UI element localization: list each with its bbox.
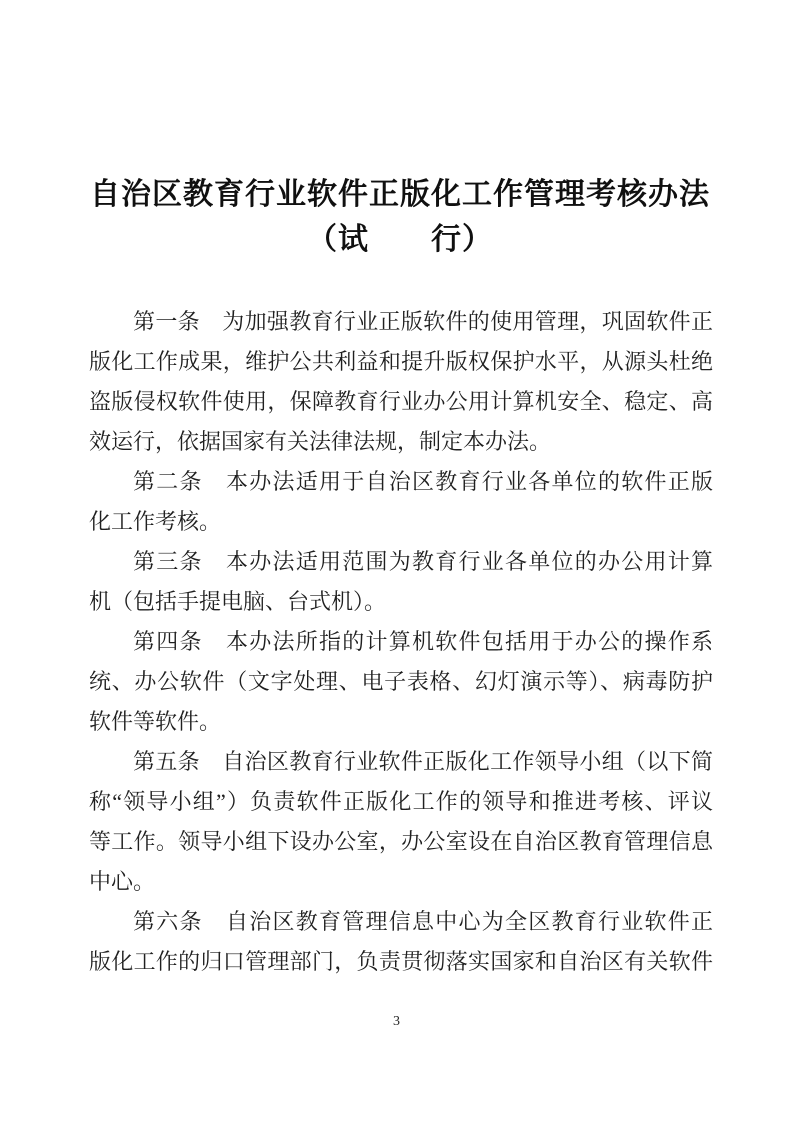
document-page: 自治区教育行业软件正版化工作管理考核办法 （试 行） 第一条 为加强教育行业正版… xyxy=(0,0,793,1122)
document-body: 第一条 为加强教育行业正版软件的使用管理，巩固软件正 版化工作成果，维护公共利益… xyxy=(89,302,713,982)
text-line: 第三条 本办法适用范围为教育行业各单位的办公用计算 xyxy=(89,542,713,582)
text-line: 版化工作成果，维护公共利益和提升版权保护水平，从源头杜绝 xyxy=(89,342,713,382)
document-title-line-1: 自治区教育行业软件正版化工作管理考核办法 xyxy=(85,172,715,217)
text-line: 化工作考核。 xyxy=(89,502,713,542)
document-title: 自治区教育行业软件正版化工作管理考核办法 （试 行） xyxy=(85,172,715,262)
text-line: 机（包括手提电脑、台式机）。 xyxy=(89,582,713,622)
text-line: 中心。 xyxy=(89,862,713,902)
text-line: 第一条 为加强教育行业正版软件的使用管理，巩固软件正 xyxy=(89,302,713,342)
text-line: 版化工作的归口管理部门，负责贯彻落实国家和自治区有关软件 xyxy=(89,942,713,982)
article-5-paragraph: 第五条 自治区教育行业软件正版化工作领导小组（以下简 称“领导小组”）负责软件正… xyxy=(89,742,713,902)
text-line: 统、办公软件（文字处理、电子表格、幻灯演示等）、病毒防护 xyxy=(89,662,713,702)
text-line: 第四条 本办法所指的计算机软件包括用于办公的操作系 xyxy=(89,622,713,662)
document-title-line-2: （试 行） xyxy=(85,217,715,262)
text-line: 效运行，依据国家有关法律法规，制定本办法。 xyxy=(89,422,713,462)
text-line: 等工作。领导小组下设办公室，办公室设在自治区教育管理信息 xyxy=(89,822,713,862)
article-2-paragraph: 第二条 本办法适用于自治区教育行业各单位的软件正版 化工作考核。 xyxy=(89,462,713,542)
article-3-paragraph: 第三条 本办法适用范围为教育行业各单位的办公用计算 机（包括手提电脑、台式机）。 xyxy=(89,542,713,622)
article-6-paragraph: 第六条 自治区教育管理信息中心为全区教育行业软件正 版化工作的归口管理部门，负责… xyxy=(89,902,713,982)
text-line: 第五条 自治区教育行业软件正版化工作领导小组（以下简 xyxy=(89,742,713,782)
page-footer: 3 xyxy=(0,1012,793,1032)
text-line: 称“领导小组”）负责软件正版化工作的领导和推进考核、评议 xyxy=(89,782,713,822)
article-4-paragraph: 第四条 本办法所指的计算机软件包括用于办公的操作系 统、办公软件（文字处理、电子… xyxy=(89,622,713,742)
text-line: 盗版侵权软件使用，保障教育行业办公用计算机安全、稳定、高 xyxy=(89,382,713,422)
text-line: 软件等软件。 xyxy=(89,702,713,742)
page-number: 3 xyxy=(393,1014,400,1029)
article-1-paragraph: 第一条 为加强教育行业正版软件的使用管理，巩固软件正 版化工作成果，维护公共利益… xyxy=(89,302,713,462)
text-line: 第六条 自治区教育管理信息中心为全区教育行业软件正 xyxy=(89,902,713,942)
text-line: 第二条 本办法适用于自治区教育行业各单位的软件正版 xyxy=(89,462,713,502)
